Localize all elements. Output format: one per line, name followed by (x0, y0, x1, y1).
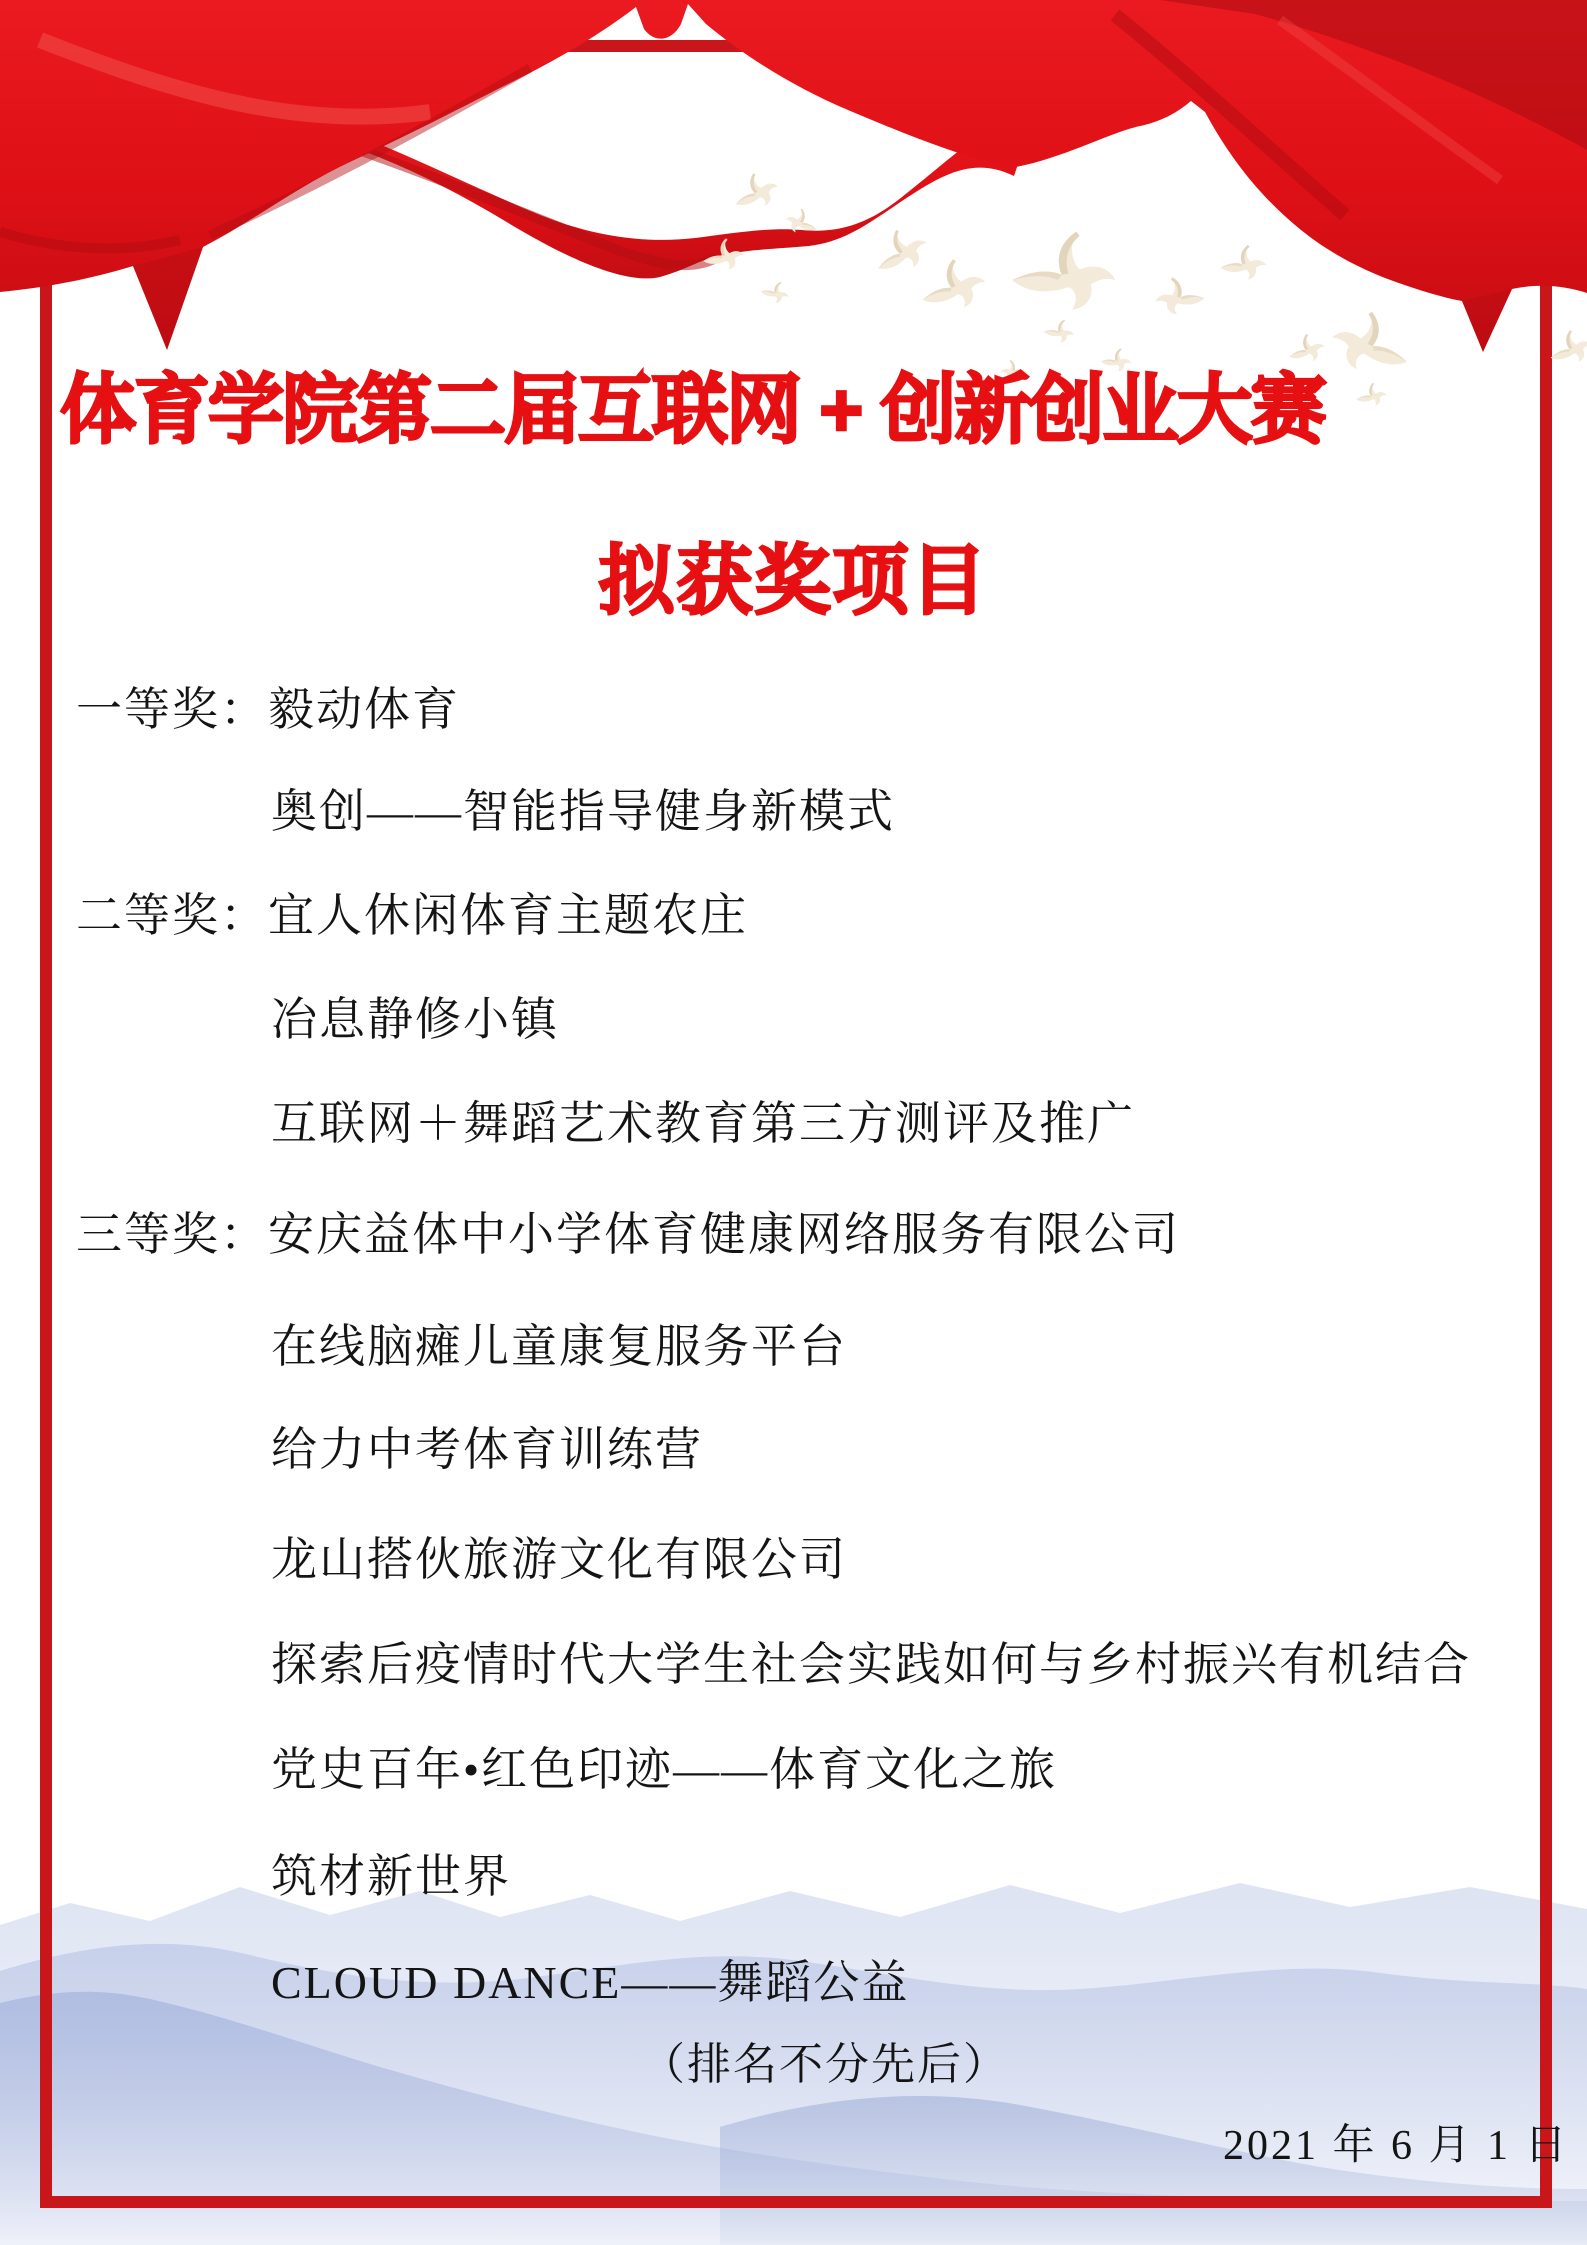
project-name: 互联网＋舞蹈艺术教育第三方测评及推广 (271, 1098, 1135, 1149)
award-line: 二等奖：宜人休闲体育主题农庄 (76, 886, 748, 946)
award-line: CLOUD DANCE——舞蹈公益 (271, 1953, 909, 2013)
dove-icon (729, 168, 782, 213)
award-rank-label: 三等奖： (76, 1209, 268, 1260)
dove-icon (1009, 224, 1121, 315)
dove-icon (1042, 315, 1077, 345)
poster-page: 体育学院第二届互联网 + 创新创业大赛 拟获奖项目 一等奖：毅动体育 奥创——智… (0, 0, 1587, 2245)
award-line: 奥创——智能指导健身新模式 (271, 782, 895, 842)
dove-icon (917, 255, 988, 313)
project-name: 龙山搭伙旅游文化有限公司 (271, 1534, 847, 1585)
dove-icon (1286, 332, 1326, 365)
dove-icon (703, 238, 744, 269)
poster-subtitle: 拟获奖项目 (0, 536, 1587, 628)
dove-icon (1328, 306, 1415, 378)
dove-icon (1220, 243, 1268, 281)
project-name: 安庆益体中小学体育健康网络服务有限公司 (268, 1209, 1180, 1260)
announcement-date: 2021 年 6 月 1 日 (1223, 2116, 1570, 2176)
project-name: 给力中考体育训练营 (271, 1424, 703, 1475)
award-line: 党史百年•红色印迹——体育文化之旅 (271, 1740, 1057, 1800)
project-name: 探索后疫情时代大学生社会实践如何与乡村振兴有机结合 (271, 1639, 1471, 1690)
project-name: 在线脑瘫儿童康复服务平台 (271, 1321, 847, 1372)
award-rank-label: 二等奖： (76, 890, 268, 941)
dove-icon (1546, 327, 1587, 367)
award-line: 龙山搭伙旅游文化有限公司 (271, 1530, 847, 1590)
ranking-footnote: （排名不分先后） (641, 2035, 1009, 2095)
dove-icon (868, 222, 933, 279)
project-name: 党史百年•红色印迹——体育文化之旅 (271, 1744, 1057, 1795)
project-name: CLOUD DANCE——舞蹈公益 (271, 1957, 909, 2008)
award-line: 一等奖：毅动体育 (76, 680, 460, 740)
poster-title: 体育学院第二届互联网 + 创新创业大赛 (60, 366, 1325, 456)
project-name: 毅动体育 (268, 684, 460, 735)
project-name: 筑材新世界 (271, 1851, 511, 1902)
doves-flock (0, 0, 1587, 620)
project-name: 冶息静修小镇 (271, 994, 559, 1045)
dove-icon (759, 277, 793, 307)
award-line: 互联网＋舞蹈艺术教育第三方测评及推广 (271, 1094, 1135, 1154)
award-line: 探索后疫情时代大学生社会实践如何与乡村振兴有机结合 (271, 1635, 1471, 1695)
dove-icon (1356, 383, 1386, 406)
project-name: 奥创——智能指导健身新模式 (271, 786, 895, 837)
award-rank-label: 一等奖： (76, 684, 268, 735)
award-line: 冶息静修小镇 (271, 990, 559, 1050)
project-name: 宜人休闲体育主题农庄 (268, 890, 748, 941)
dove-icon (1151, 272, 1206, 318)
dove-icon (783, 206, 819, 236)
award-line: 给力中考体育训练营 (271, 1420, 703, 1480)
award-line: 在线脑瘫儿童康复服务平台 (271, 1317, 847, 1377)
award-line: 筑材新世界 (271, 1847, 511, 1907)
award-line: 三等奖：安庆益体中小学体育健康网络服务有限公司 (76, 1205, 1180, 1265)
